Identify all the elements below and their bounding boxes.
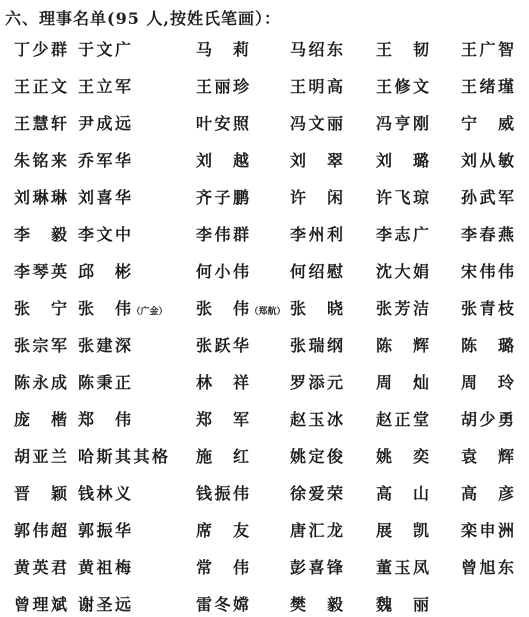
person-name: 钱振伟	[196, 484, 252, 503]
name-cell: 庞 楷	[14, 400, 78, 437]
name-cell: 魏 丽	[376, 585, 461, 617]
name-cell: 王 韧	[376, 30, 461, 67]
person-name: 李琴英	[14, 262, 70, 281]
person-name: 郭伟超	[14, 521, 70, 540]
name-cell: 李州利	[290, 215, 376, 252]
name-cell: 宁 威	[461, 104, 529, 141]
person-name: 郑 伟	[78, 410, 134, 429]
person-name: 许 闲	[290, 188, 346, 207]
name-cell: 李 毅	[14, 215, 78, 252]
person-name: 郭振华	[78, 521, 134, 540]
name-cell: 彭喜锋	[290, 548, 376, 585]
name-cell: 乔军华	[78, 141, 196, 178]
name-cell: 谢圣远	[78, 585, 196, 617]
person-name: 刘 翠	[290, 151, 346, 170]
roster-row: 刘琳琳刘喜华齐子鹏许 闲许飞琼孙武军	[14, 178, 529, 215]
roster-row: 丁少群于文广马 莉马绍东王 韧王广智	[14, 30, 529, 67]
person-name: 何小伟	[196, 262, 252, 281]
name-cell: 叶安照	[196, 104, 290, 141]
name-cell: 张跃华	[196, 326, 290, 363]
person-name: 叶安照	[196, 114, 252, 133]
name-cell: 刘喜华	[78, 178, 196, 215]
name-cell: 郑 军	[196, 400, 290, 437]
name-cell: 丁少群	[14, 30, 78, 67]
person-name: 周 灿	[376, 373, 432, 392]
person-name: 张 晓	[290, 299, 346, 318]
person-name: 雷冬嫦	[196, 595, 252, 614]
name-cell: 胡亚兰	[14, 437, 78, 474]
person-name: 唐汇龙	[290, 521, 346, 540]
person-name: 张青枝	[461, 299, 517, 318]
roster-row: 胡亚兰哈斯其其格施 红姚定俊姚 奕袁 辉	[14, 437, 529, 474]
name-cell: 赵正堂	[376, 400, 461, 437]
person-name: 林 祥	[196, 373, 252, 392]
name-cell: 李琴英	[14, 252, 78, 289]
person-name: 张宗军	[14, 336, 70, 355]
name-cell: 王绪瑾	[461, 67, 529, 104]
roster-row: 郭伟超郭振华席 友唐汇龙展 凯栾申洲	[14, 511, 529, 548]
person-name: 沈大娟	[376, 262, 432, 281]
roster-row: 朱铭来乔军华刘 越刘 翠刘 璐刘从敏	[14, 141, 529, 178]
person-name: 马 莉	[196, 40, 252, 59]
name-cell: 曾理斌	[14, 585, 78, 617]
name-cell: 周 灿	[376, 363, 461, 400]
person-name: 冯文丽	[290, 114, 346, 133]
name-cell: 邱 彬	[78, 252, 196, 289]
person-name: 齐子鹏	[196, 188, 252, 207]
roster-row: 李琴英邱 彬何小伟何绍慰沈大娟宋伟伟	[14, 252, 529, 289]
person-name: 丁少群	[14, 40, 70, 59]
person-name: 哈斯其其格	[78, 447, 171, 466]
person-name: 晋 颖	[14, 484, 70, 503]
person-name: 冯亨刚	[376, 114, 432, 133]
person-name: 李伟群	[196, 225, 252, 244]
name-cell: 朱铭来	[14, 141, 78, 178]
name-cell: 王正文	[14, 67, 78, 104]
roster-row: 庞 楷郑 伟郑 军赵玉冰赵正堂胡少勇	[14, 400, 529, 437]
person-name: 高 彦	[461, 484, 517, 503]
person-name: 袁 辉	[461, 447, 517, 466]
person-name: 陈永成	[14, 373, 70, 392]
roster-row: 张 宁张 伟（广金）张 伟（郑航）张 晓张芳洁张青枝	[14, 289, 529, 326]
person-name: 朱铭来	[14, 151, 70, 170]
person-name: 施 红	[196, 447, 252, 466]
name-cell: 唐汇龙	[290, 511, 376, 548]
name-cell: 张 伟（郑航）	[196, 289, 290, 326]
person-name: 郑 军	[196, 410, 252, 429]
person-name: 王明高	[290, 77, 346, 96]
roster-row: 王正文王立军王丽珍王明高王修文王绪瑾	[14, 67, 529, 104]
person-name: 董玉凤	[376, 558, 432, 577]
name-cell: 林 祥	[196, 363, 290, 400]
name-cell: 徐爱荣	[290, 474, 376, 511]
person-name: 曾旭东	[461, 558, 517, 577]
person-name: 尹成远	[78, 114, 134, 133]
name-cell: 钱林义	[78, 474, 196, 511]
person-name: 王绪瑾	[461, 77, 517, 96]
person-name: 姚 奕	[376, 447, 432, 466]
person-name: 刘琳琳	[14, 188, 70, 207]
person-name: 彭喜锋	[290, 558, 346, 577]
name-cell: 展 凯	[376, 511, 461, 548]
name-cell: 雷冬嫦	[196, 585, 290, 617]
person-name: 宋伟伟	[461, 262, 517, 281]
name-cell: 于文广	[78, 30, 196, 67]
person-name: 魏 丽	[376, 595, 432, 614]
person-name: 王丽珍	[196, 77, 252, 96]
name-cell: 郭伟超	[14, 511, 78, 548]
person-name: 李州利	[290, 225, 346, 244]
roster-row: 黄英君黄祖梅常 伟彭喜锋董玉凤曾旭东	[14, 548, 529, 585]
name-cell	[461, 585, 529, 617]
name-cell: 冯亨刚	[376, 104, 461, 141]
name-cell: 姚定俊	[290, 437, 376, 474]
person-name: 栾申洲	[461, 521, 517, 540]
name-cell: 李文中	[78, 215, 196, 252]
person-name: 李志广	[376, 225, 432, 244]
name-cell: 陈秉正	[78, 363, 196, 400]
name-cell: 张 伟（广金）	[78, 289, 196, 326]
person-name: 孙武军	[461, 188, 517, 207]
name-cell: 常 伟	[196, 548, 290, 585]
person-name: 马绍东	[290, 40, 346, 59]
name-cell: 高 山	[376, 474, 461, 511]
name-cell: 刘从敏	[461, 141, 529, 178]
name-cell: 刘 越	[196, 141, 290, 178]
page-title: 六、理事名单(95 人,按姓氏笔画）：	[5, 6, 281, 29]
person-name: 常 伟	[196, 558, 252, 577]
person-name: 李 毅	[14, 225, 70, 244]
name-cell: 王明高	[290, 67, 376, 104]
person-name: 李春燕	[461, 225, 517, 244]
person-name: 王广智	[461, 40, 517, 59]
name-cell: 王广智	[461, 30, 529, 67]
name-cell: 哈斯其其格	[78, 437, 196, 474]
name-cell: 张芳洁	[376, 289, 461, 326]
name-cell: 姚 奕	[376, 437, 461, 474]
person-name: 王修文	[376, 77, 432, 96]
person-name: 谢圣远	[78, 595, 134, 614]
person-name: 宁 威	[461, 114, 517, 133]
name-cell: 刘 翠	[290, 141, 376, 178]
name-cell: 何绍慰	[290, 252, 376, 289]
name-cell: 黄祖梅	[78, 548, 196, 585]
person-name: 刘喜华	[78, 188, 134, 207]
name-cell: 张 宁	[14, 289, 78, 326]
person-name: 席 友	[196, 521, 252, 540]
name-cell: 许 闲	[290, 178, 376, 215]
roster-row: 李 毅李文中李伟群李州利李志广李春燕	[14, 215, 529, 252]
person-name: 樊 毅	[290, 595, 346, 614]
name-cell: 孙武军	[461, 178, 529, 215]
person-name: 于文广	[78, 40, 134, 59]
name-cell: 马 莉	[196, 30, 290, 67]
name-cell: 施 红	[196, 437, 290, 474]
name-cell: 郭振华	[78, 511, 196, 548]
person-name: 展 凯	[376, 521, 432, 540]
name-cell: 王立军	[78, 67, 196, 104]
name-cell: 晋 颖	[14, 474, 78, 511]
person-name: 徐爱荣	[290, 484, 346, 503]
person-name: 钱林义	[78, 484, 134, 503]
person-name: 刘从敏	[461, 151, 517, 170]
name-cell: 陈永成	[14, 363, 78, 400]
name-cell: 高 彦	[461, 474, 529, 511]
person-name-note: （广金）	[132, 307, 168, 317]
person-name: 李文中	[78, 225, 134, 244]
name-cell: 马绍东	[290, 30, 376, 67]
name-cell: 何小伟	[196, 252, 290, 289]
person-name: 张 伟	[78, 299, 134, 318]
person-name: 张瑞纲	[290, 336, 346, 355]
name-cell: 陈 璐	[461, 326, 529, 363]
roster-row: 曾理斌谢圣远雷冬嫦樊 毅魏 丽	[14, 585, 529, 617]
person-name: 刘 越	[196, 151, 252, 170]
name-cell: 宋伟伟	[461, 252, 529, 289]
person-name: 张 伟	[196, 299, 252, 318]
person-name: 陈秉正	[78, 373, 134, 392]
name-cell: 李春燕	[461, 215, 529, 252]
name-cell: 董玉凤	[376, 548, 461, 585]
person-name: 陈 璐	[461, 336, 517, 355]
name-cell: 刘 璐	[376, 141, 461, 178]
person-name: 何绍慰	[290, 262, 346, 281]
name-cell: 尹成远	[78, 104, 196, 141]
person-name: 王慧轩	[14, 114, 70, 133]
name-cell: 张建深	[78, 326, 196, 363]
person-name: 张跃华	[196, 336, 252, 355]
person-name: 邱 彬	[78, 262, 134, 281]
person-name: 王 韧	[376, 40, 432, 59]
person-name: 赵正堂	[376, 410, 432, 429]
name-cell: 李志广	[376, 215, 461, 252]
person-name: 黄英君	[14, 558, 70, 577]
person-name: 胡亚兰	[14, 447, 70, 466]
name-cell: 刘琳琳	[14, 178, 78, 215]
name-cell: 张青枝	[461, 289, 529, 326]
name-cell: 郑 伟	[78, 400, 196, 437]
document-page: 六、理事名单(95 人,按姓氏笔画）： 丁少群于文广马 莉马绍东王 韧王广智王正…	[0, 0, 529, 617]
person-name: 王正文	[14, 77, 70, 96]
name-cell: 樊 毅	[290, 585, 376, 617]
name-cell: 李伟群	[196, 215, 290, 252]
name-cell: 罗添元	[290, 363, 376, 400]
roster-table: 丁少群于文广马 莉马绍东王 韧王广智王正文王立军王丽珍王明高王修文王绪瑾王慧轩尹…	[14, 30, 529, 617]
person-name: 乔军华	[78, 151, 134, 170]
name-cell: 张宗军	[14, 326, 78, 363]
person-name: 刘 璐	[376, 151, 432, 170]
name-cell: 齐子鹏	[196, 178, 290, 215]
roster-row: 晋 颖钱林义钱振伟徐爱荣高 山高 彦	[14, 474, 529, 511]
person-name-note: （郑航）	[250, 307, 286, 317]
name-cell: 王修文	[376, 67, 461, 104]
name-cell: 王慧轩	[14, 104, 78, 141]
name-cell: 席 友	[196, 511, 290, 548]
person-name: 胡少勇	[461, 410, 517, 429]
person-name: 罗添元	[290, 373, 346, 392]
person-name: 曾理斌	[14, 595, 70, 614]
person-name: 王立军	[78, 77, 134, 96]
name-cell: 赵玉冰	[290, 400, 376, 437]
person-name: 赵玉冰	[290, 410, 346, 429]
name-cell: 冯文丽	[290, 104, 376, 141]
person-name: 许飞琼	[376, 188, 432, 207]
name-cell: 沈大娟	[376, 252, 461, 289]
roster-row: 陈永成陈秉正林 祥罗添元周 灿周 玲	[14, 363, 529, 400]
person-name: 高 山	[376, 484, 432, 503]
name-cell: 张瑞纲	[290, 326, 376, 363]
roster-row: 张宗军张建深张跃华张瑞纲陈 辉陈 璐	[14, 326, 529, 363]
name-cell: 王丽珍	[196, 67, 290, 104]
name-cell: 栾申洲	[461, 511, 529, 548]
person-name: 黄祖梅	[78, 558, 134, 577]
person-name: 庞 楷	[14, 410, 70, 429]
person-name: 张芳洁	[376, 299, 432, 318]
name-cell: 袁 辉	[461, 437, 529, 474]
person-name: 周 玲	[461, 373, 517, 392]
person-name: 陈 辉	[376, 336, 432, 355]
name-cell: 周 玲	[461, 363, 529, 400]
name-cell: 曾旭东	[461, 548, 529, 585]
roster-row: 王慧轩尹成远叶安照冯文丽冯亨刚宁 威	[14, 104, 529, 141]
person-name: 张建深	[78, 336, 134, 355]
name-cell: 钱振伟	[196, 474, 290, 511]
name-cell: 张 晓	[290, 289, 376, 326]
name-cell: 许飞琼	[376, 178, 461, 215]
name-cell: 黄英君	[14, 548, 78, 585]
name-cell: 陈 辉	[376, 326, 461, 363]
person-name: 姚定俊	[290, 447, 346, 466]
person-name: 张 宁	[14, 299, 70, 318]
name-cell: 胡少勇	[461, 400, 529, 437]
